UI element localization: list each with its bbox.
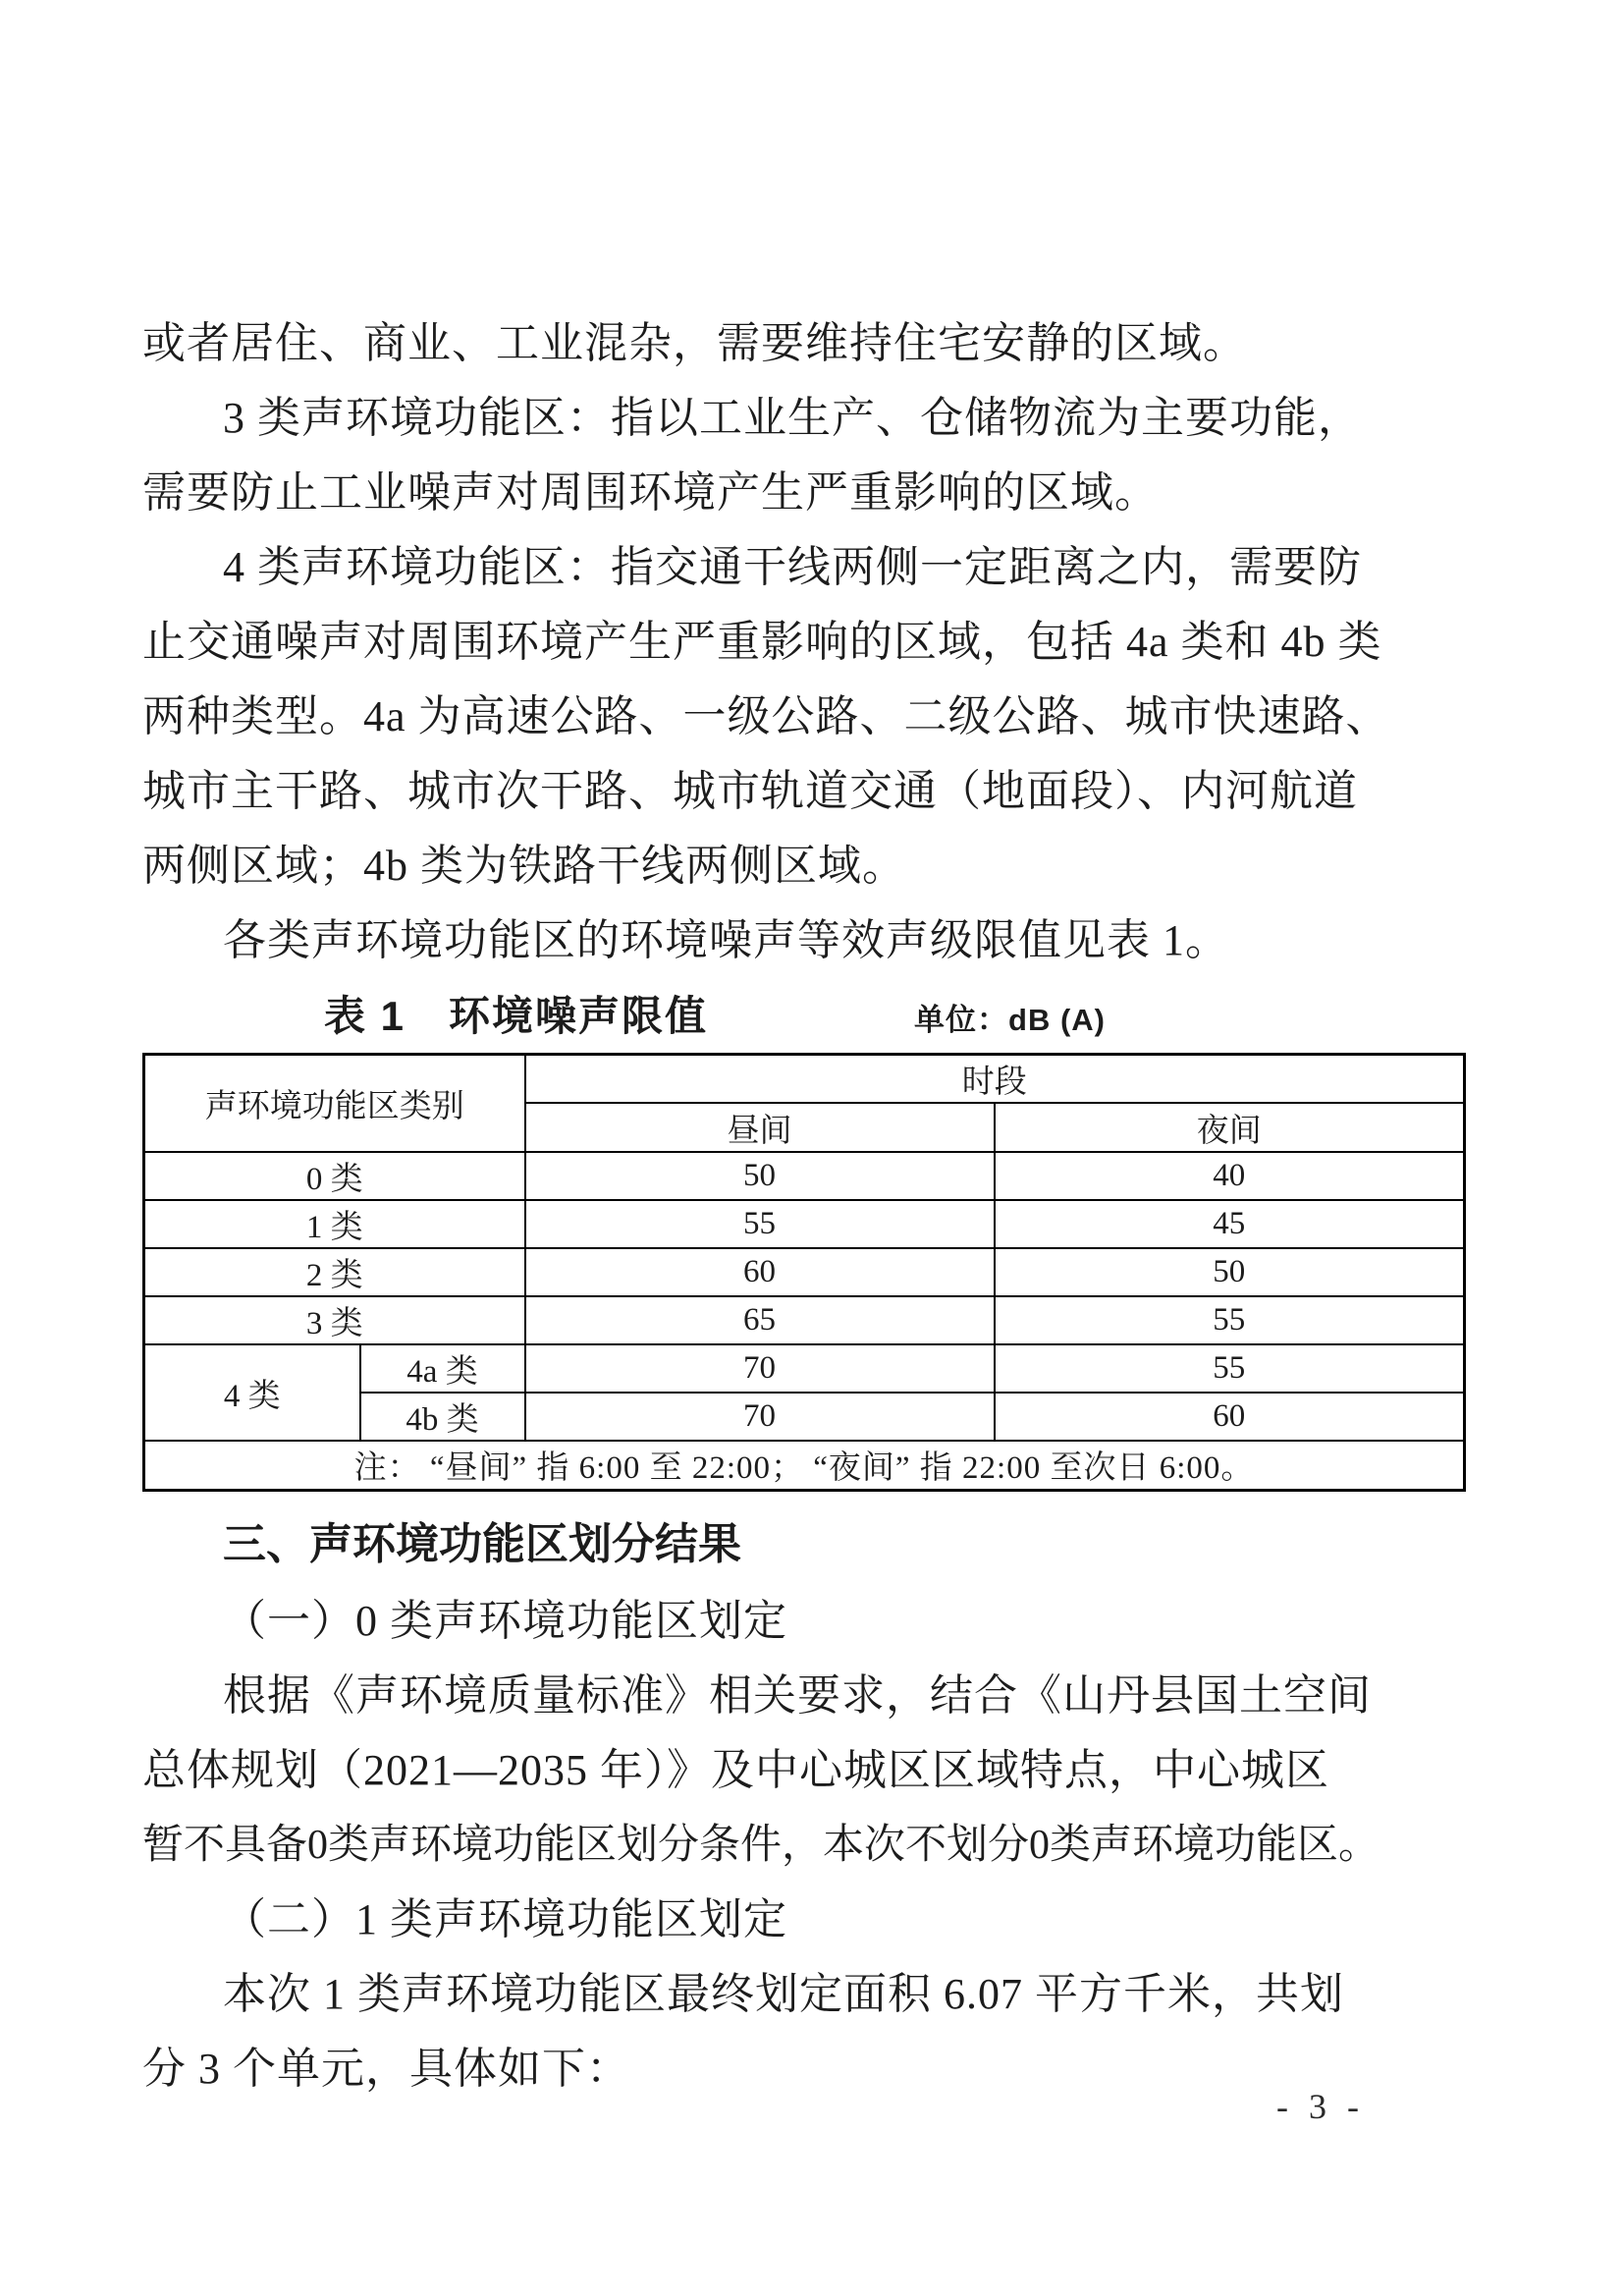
table-row: 2 类 60 50: [144, 1248, 1465, 1296]
table-cell-night: 50: [995, 1248, 1465, 1296]
table-cell-night: 45: [995, 1200, 1465, 1248]
table-unit-label: 单位：dB (A): [914, 995, 1106, 1039]
body-line: 根据《声环境质量标准》相关要求，结合《山丹县国土空间: [142, 1659, 1478, 1733]
table-cell-category: 3 类: [144, 1296, 525, 1344]
table-note: 注： “昼间” 指 6:00 至 22:00； “夜间” 指 22:00 至次日…: [144, 1441, 1465, 1490]
table-cell-day: 50: [525, 1152, 995, 1200]
table-row: 0 类 50 40: [144, 1152, 1465, 1200]
table-cell-night: 40: [995, 1152, 1465, 1200]
section-heading: 三、声环境功能区划分结果: [142, 1505, 1478, 1584]
body-line: 本次 1 类声环境功能区最终划定面积 6.07 平方千米，共划: [142, 1957, 1478, 2032]
subsection-heading: （二）1 类声环境功能区划定: [142, 1883, 1478, 1957]
body-line: 需要防止工业噪声对周围环境产生严重影响的区域。: [142, 456, 1478, 530]
table-cell-day: 70: [525, 1344, 995, 1393]
body-line: 总体规划（2021—2035 年）》及中心城区区域特点，中心城区: [142, 1733, 1478, 1808]
table-note-row: 注： “昼间” 指 6:00 至 22:00； “夜间” 指 22:00 至次日…: [144, 1441, 1465, 1490]
table-header-category: 声环境功能区类别: [144, 1055, 525, 1153]
document-page: 或者居住、商业、工业混杂，需要维持住宅安静的区域。 3 类声环境功能区：指以工业…: [0, 0, 1623, 2296]
subsection-heading: （一）0 类声环境功能区划定: [142, 1584, 1478, 1659]
body-line: 两侧区域；4b 类为铁路干线两侧区域。: [142, 829, 1478, 903]
body-line: 城市主干路、城市次干路、城市轨道交通（地面段）、内河航道: [142, 754, 1478, 829]
table-cell-category: 2 类: [144, 1248, 525, 1296]
table-cell-group-label: 4 类: [144, 1344, 360, 1441]
table-header-period: 时段: [525, 1055, 1465, 1104]
table-cell-category: 1 类: [144, 1200, 525, 1248]
body-line: 两种类型。4a 为高速公路、一级公路、二级公路、城市快速路、: [142, 680, 1478, 754]
body-line: 暂不具备0类声环境功能区划分条件，本次不划分0类声环境功能区。: [142, 1808, 1478, 1883]
body-line: 各类声环境功能区的环境噪声等效声级限值见表 1。: [142, 903, 1478, 978]
body-line: 或者居住、商业、工业混杂，需要维持住宅安静的区域。: [142, 306, 1478, 381]
table-cell-subcategory: 4b 类: [360, 1393, 525, 1441]
table-cell-day: 60: [525, 1248, 995, 1296]
table-row: 1 类 55 45: [144, 1200, 1465, 1248]
body-line: 3 类声环境功能区：指以工业生产、仓储物流为主要功能，: [142, 381, 1478, 456]
table-cell-night: 55: [995, 1296, 1465, 1344]
table-cell-category: 0 类: [144, 1152, 525, 1200]
document-content: 或者居住、商业、工业混杂，需要维持住宅安静的区域。 3 类声环境功能区：指以工业…: [142, 306, 1478, 2106]
table-cell-day: 65: [525, 1296, 995, 1344]
table-caption: 表 1 环境噪声限值 单位：dB (A): [142, 984, 1478, 1045]
table-cell-night: 55: [995, 1344, 1465, 1393]
table-cell-day: 55: [525, 1200, 995, 1248]
table-row: 3 类 65 55: [144, 1296, 1465, 1344]
table-title: 表 1 环境噪声限值: [324, 984, 708, 1043]
table-header-day: 昼间: [525, 1103, 995, 1152]
body-line: 4 类声环境功能区：指交通干线两侧一定距离之内，需要防: [142, 530, 1478, 605]
table-cell-day: 70: [525, 1393, 995, 1441]
page-number: - 3 -: [1276, 2086, 1365, 2127]
table-cell-subcategory: 4a 类: [360, 1344, 525, 1393]
body-line: 止交通噪声对周围环境产生严重影响的区域，包括 4a 类和 4b 类: [142, 605, 1478, 680]
table-header-row: 声环境功能区类别 时段: [144, 1055, 1465, 1104]
table-cell-night: 60: [995, 1393, 1465, 1441]
table-row: 4 类 4a 类 70 55: [144, 1344, 1465, 1393]
table-header-night: 夜间: [995, 1103, 1465, 1152]
noise-limit-table: 声环境功能区类别 时段 昼间 夜间 0 类 50 40 1 类 55 45: [142, 1053, 1466, 1492]
